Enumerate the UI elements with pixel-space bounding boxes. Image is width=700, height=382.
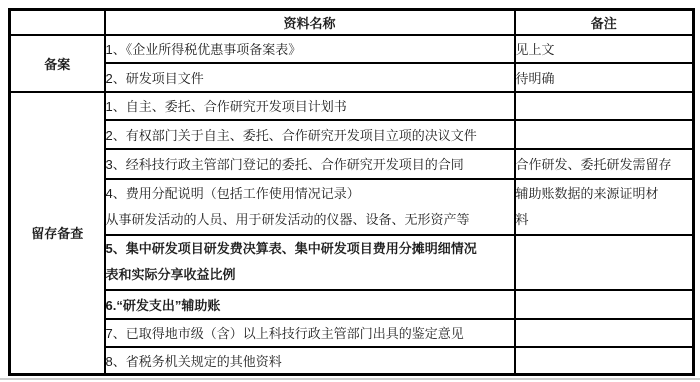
remark-text: 见上文: [516, 39, 693, 58]
material-text: 1、自主、委托、合作研究开发项目计划书: [106, 96, 514, 115]
remark-cell: [515, 319, 694, 347]
table-row: 6.“研发支出”辅助账: [10, 290, 694, 319]
material-cell: 4、费用分配说明（包括工作使用情况记录） 从事研发活动的人员、用于研发活动的仪器…: [105, 179, 515, 235]
material-cell: 5、集中研发项目研发费决算表、集中研发项目费用分摊明细情况 表和实际分享收益比例: [105, 235, 515, 290]
material-text-line2: 从事研发活动的人员、用于研发活动的仪器、设备、无形资产等: [106, 207, 514, 233]
remark-cell: [515, 120, 694, 149]
material-cell: 8、省税务机关规定的其他资料: [105, 347, 515, 375]
material-cell: 6.“研发支出”辅助账: [105, 290, 515, 319]
corner-cell: [10, 10, 105, 35]
remark-cell: 辅助账数据的来源证明材 料: [515, 179, 694, 235]
remark-text-line1: 辅助账数据的来源证明材: [516, 181, 693, 207]
material-text: 6.“研发支出”辅助账: [106, 295, 514, 314]
group-label-filing: 备案: [10, 35, 105, 92]
remark-cell: [515, 290, 694, 319]
remark-cell: [515, 92, 694, 120]
materials-table: 资料名称 备注 备案 1、《企业所得税优惠事项备案表》 见上文 2、研发项目文件…: [8, 8, 695, 376]
material-text-line1: 4、费用分配说明（包括工作使用情况记录）: [106, 181, 514, 207]
material-text: 2、有权部门关于自主、委托、合作研究开发项目立项的决议文件: [106, 125, 514, 144]
table-row: 备案 1、《企业所得税优惠事项备案表》 见上文: [10, 35, 694, 63]
header-remark: 备注: [515, 10, 694, 35]
material-text: 2、研发项目文件: [106, 68, 514, 87]
table-row: 5、集中研发项目研发费决算表、集中研发项目费用分摊明细情况 表和实际分享收益比例: [10, 235, 694, 290]
remark-cell: 见上文: [515, 35, 694, 63]
material-text-line2: 表和实际分享收益比例: [106, 262, 514, 288]
material-cell: 1、《企业所得税优惠事项备案表》: [105, 35, 515, 63]
material-text: 8、省税务机关规定的其他资料: [106, 351, 514, 370]
header-row: 资料名称 备注: [10, 10, 694, 35]
remark-cell: 待明确: [515, 63, 694, 92]
table-row: 4、费用分配说明（包括工作使用情况记录） 从事研发活动的人员、用于研发活动的仪器…: [10, 179, 694, 235]
table-row: 7、已取得地市级（含）以上科技行政主管部门出具的鉴定意见: [10, 319, 694, 347]
page: 资料名称 备注 备案 1、《企业所得税优惠事项备案表》 见上文 2、研发项目文件…: [0, 0, 700, 382]
material-text: 3、经科技行政主管部门登记的委托、合作研究开发项目的合同: [106, 154, 514, 173]
remark-text-line2: 料: [516, 207, 693, 233]
material-cell: 1、自主、委托、合作研究开发项目计划书: [105, 92, 515, 120]
remark-cell: [515, 347, 694, 375]
table-row: 2、有权部门关于自主、委托、合作研究开发项目立项的决议文件: [10, 120, 694, 149]
table-row: 留存备查 1、自主、委托、合作研究开发项目计划书: [10, 92, 694, 120]
remark-cell: [515, 235, 694, 290]
material-text: 1、《企业所得税优惠事项备案表》: [106, 39, 514, 58]
remark-cell: 合作研发、委托研发需留存: [515, 149, 694, 179]
page-bottom-divider: [0, 378, 700, 380]
material-cell: 3、经科技行政主管部门登记的委托、合作研究开发项目的合同: [105, 149, 515, 179]
table-row: 8、省税务机关规定的其他资料: [10, 347, 694, 375]
material-cell: 2、研发项目文件: [105, 63, 515, 92]
material-text-line1: 5、集中研发项目研发费决算表、集中研发项目费用分摊明细情况: [106, 236, 514, 262]
remark-text: 待明确: [516, 68, 693, 87]
material-cell: 7、已取得地市级（含）以上科技行政主管部门出具的鉴定意见: [105, 319, 515, 347]
table-row: 2、研发项目文件 待明确: [10, 63, 694, 92]
table-row: 3、经科技行政主管部门登记的委托、合作研究开发项目的合同 合作研发、委托研发需留…: [10, 149, 694, 179]
remark-text: 合作研发、委托研发需留存: [516, 154, 693, 173]
group-label-retention: 留存备查: [10, 92, 105, 375]
header-material-name: 资料名称: [105, 10, 515, 35]
material-cell: 2、有权部门关于自主、委托、合作研究开发项目立项的决议文件: [105, 120, 515, 149]
material-text: 7、已取得地市级（含）以上科技行政主管部门出具的鉴定意见: [106, 323, 514, 342]
